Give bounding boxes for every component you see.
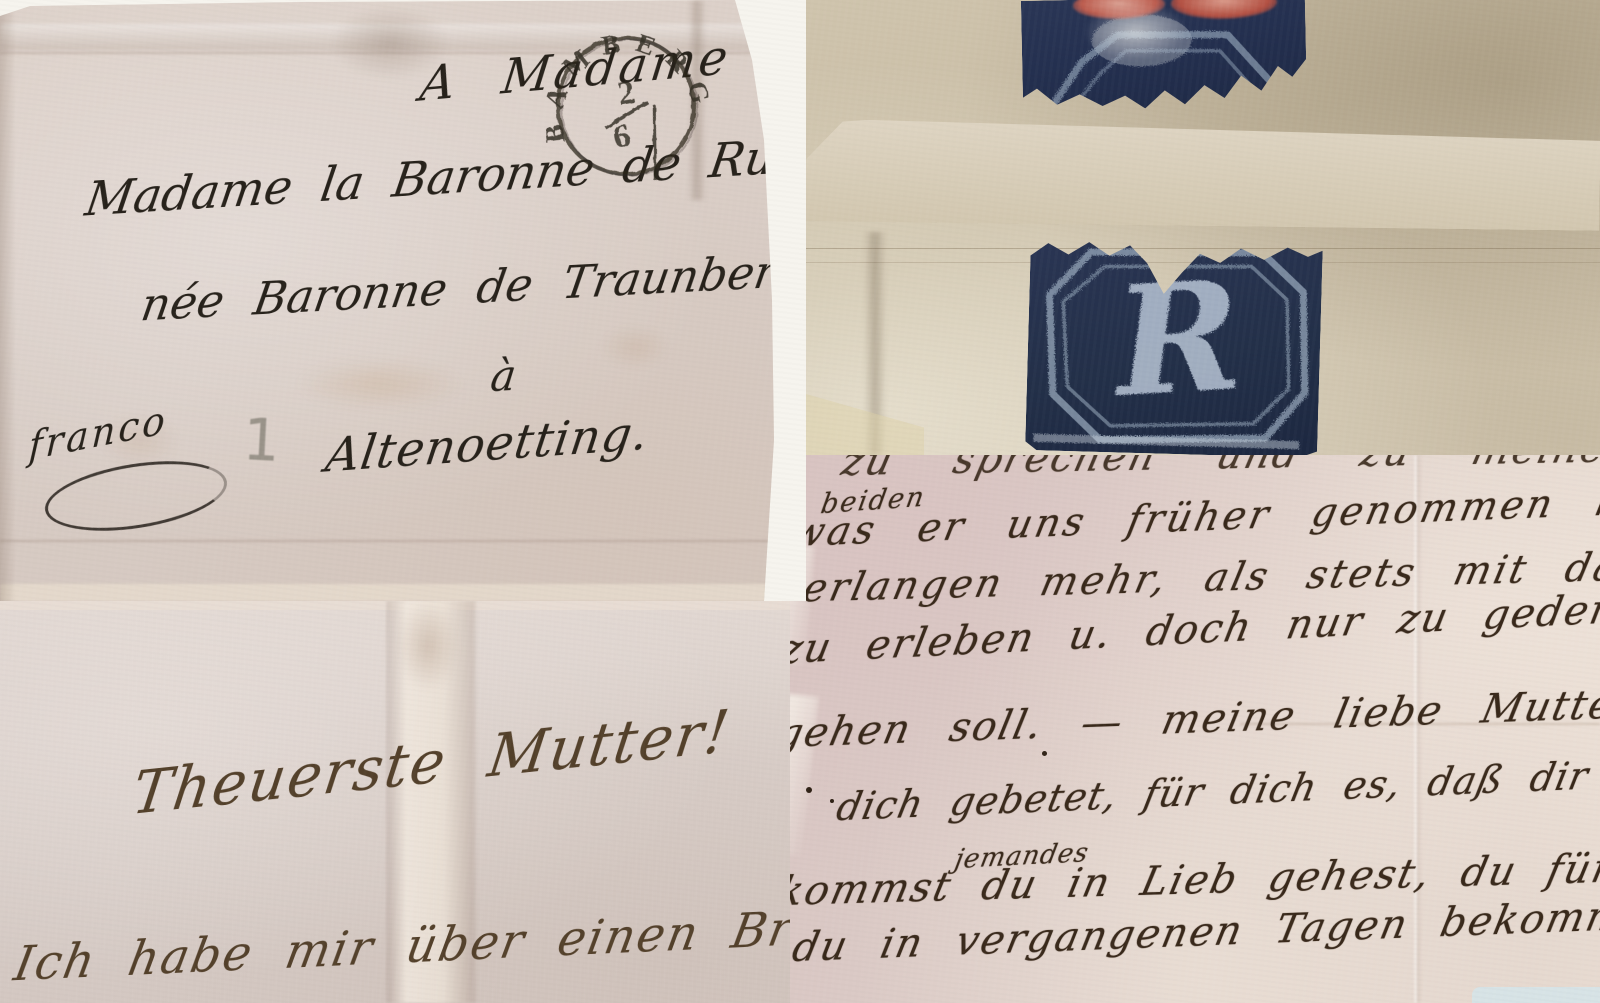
franco-flourish (40, 450, 232, 542)
sheet-edge-line (806, 248, 1600, 249)
ink-bleed-stain (295, 358, 465, 410)
letter-text-line: gehen soll. — meine liebe Mutter (790, 681, 1600, 757)
franking-note: franco (28, 397, 169, 469)
monogram-seal-bottom: R (1025, 234, 1323, 455)
letter-text-line: dich gebetet, für dich es, daß dir diese… (833, 747, 1600, 829)
photo-letter-text: zu sprechen und zu meinem beiden was er … (790, 455, 1600, 1003)
photo-seal-fragments: R (806, 0, 1600, 455)
fold-crease (0, 540, 806, 542)
photo-envelope-front: A Madame Madame la Baronne de Ruffin née… (0, 0, 806, 601)
ink-blot (830, 799, 834, 803)
envelope-paper: A Madame Madame la Baronne de Ruffin née… (0, 0, 806, 601)
wax-seal-fragment-top (1021, 0, 1307, 111)
postmark-stamp: BAMBERG 2 6 (522, 2, 731, 211)
letter-text-line: zu sprechen und zu meinem (837, 455, 1600, 485)
paper-edge-band (0, 584, 806, 601)
address-line-3: à (488, 351, 519, 402)
letter-photo-collage: A Madame Madame la Baronne de Ruffin née… (0, 0, 1600, 1003)
background-cloth-patch (1472, 987, 1600, 1003)
address-line-2: née Baronne de Traunberg (138, 243, 806, 331)
address-line-4: Altenoetting. (322, 405, 652, 483)
stain (600, 325, 670, 369)
photo-letter-greeting: Theuerste Mutter! Ich habe mir über eine… (0, 601, 790, 1003)
pencil-tally-mark: 1 (241, 405, 281, 475)
folded-paper-strip (806, 119, 1600, 231)
ink-blot (1042, 751, 1047, 756)
monogram-letter: R (1106, 246, 1246, 431)
ink-blot (806, 787, 812, 793)
edge-shadow (0, 0, 16, 601)
white-dust (1083, 2, 1188, 62)
postmark-day: 2 (615, 74, 638, 113)
postmark-month: 6 (610, 117, 633, 156)
postmark-stray-stroke (642, 105, 667, 180)
